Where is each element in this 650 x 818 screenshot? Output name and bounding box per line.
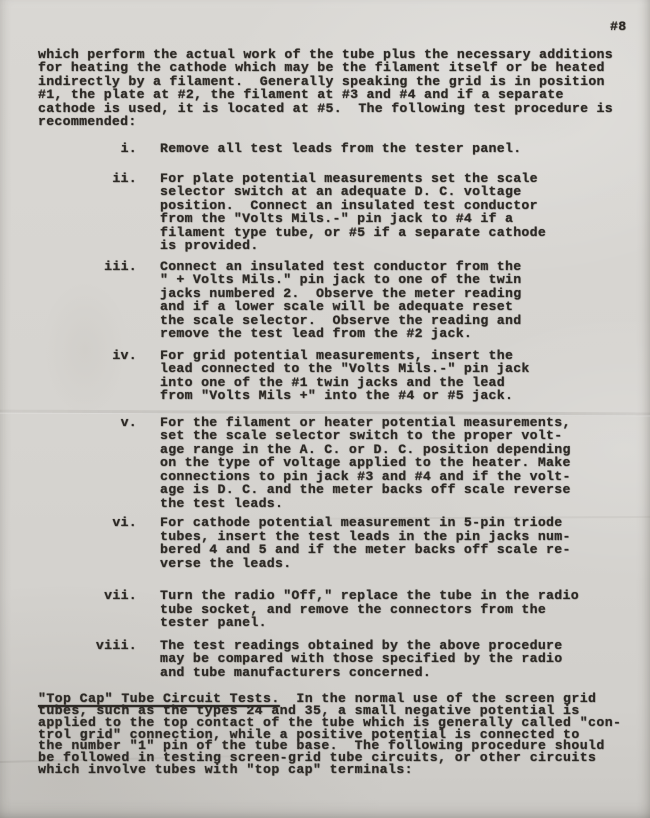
list-item-numeral: i. (38, 142, 137, 156)
list-item-text: Remove all test leads from the tester pa… (160, 142, 636, 156)
list-item-text: The test readings obtained by the above … (160, 639, 636, 680)
page-number: #8 (610, 19, 626, 34)
list-item-text: For the filament or heater potential mea… (160, 416, 636, 511)
list-item-text: For plate potential measurements set the… (160, 172, 636, 253)
closing-paragraph: "Top Cap" Tube Circuit Tests. In the nor… (38, 693, 636, 775)
list-item-text: For grid potential measurements, insert … (160, 349, 636, 403)
closing-text: In the normal use of the screen grid tub… (38, 691, 621, 776)
page-content: which perform the actual work of the tub… (38, 48, 636, 775)
list-item-numeral: iv. (38, 349, 137, 403)
document-page: #8 which perform the actual work of the … (0, 0, 650, 818)
list-item: v.For the filament or heater potential m… (38, 416, 636, 511)
list-item-numeral: vi. (38, 516, 137, 570)
list-item: i.Remove all test leads from the tester … (38, 142, 636, 156)
list-item: iv.For grid potential measurements, inse… (38, 349, 636, 403)
list-item-numeral: viii. (38, 639, 137, 680)
list-item-numeral: vii. (38, 589, 137, 630)
list-item: ii.For plate potential measurements set … (38, 172, 636, 253)
list-item-text: Connect an insulated test conductor from… (160, 260, 636, 341)
procedure-list: i.Remove all test leads from the tester … (38, 142, 636, 679)
intro-paragraph: which perform the actual work of the tub… (38, 48, 636, 128)
list-item: iii.Connect an insulated test conductor … (38, 260, 636, 341)
list-item: viii.The test readings obtained by the a… (38, 639, 636, 680)
list-item-text: Turn the radio "Off," replace the tube i… (160, 589, 636, 630)
list-item: vi.For cathode potential measurement in … (38, 516, 636, 570)
list-item-numeral: ii. (38, 172, 137, 253)
list-item-numeral: iii. (38, 260, 137, 341)
list-item-text: For cathode potential measurement in 5-p… (160, 516, 636, 570)
list-item: vii.Turn the radio "Off," replace the tu… (38, 589, 636, 630)
list-item-numeral: v. (38, 416, 137, 511)
